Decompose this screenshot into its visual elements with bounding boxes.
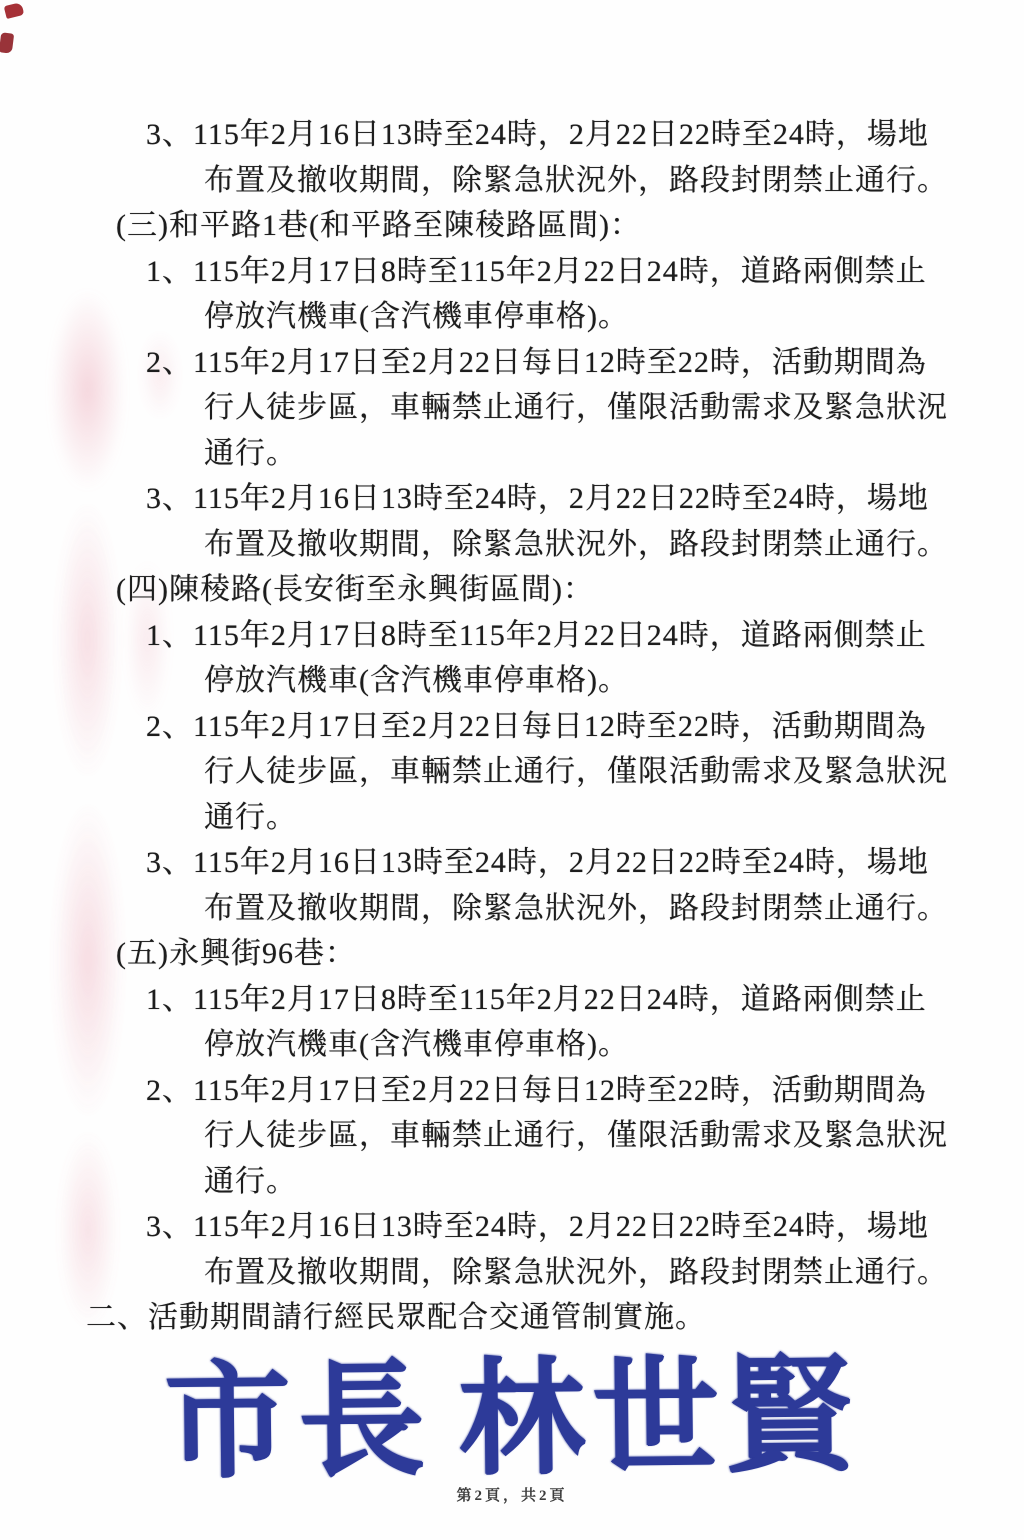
document-line: 布置及撤收期間，除緊急狀況外，路段封閉禁止通行。 (204, 886, 1024, 932)
document-line: 3、115年2月16日13時至24時，2月22日22時至24時，場地 (146, 1204, 1024, 1250)
document-body: 3、115年2月16日13時至24時，2月22日22時至24時，場地 布置及撤收… (0, 112, 1024, 1341)
red-stamp-mark-top (4, 2, 25, 19)
document-line: 行人徒步區，車輛禁止通行，僅限活動需求及緊急狀況 (204, 749, 1024, 795)
section-heading-5: (五)永興街96巷： (116, 931, 1024, 977)
document-line: 布置及撤收期間，除緊急狀況外，路段封閉禁止通行。 (204, 522, 1024, 568)
document-line: 1、115年2月17日8時至115年2月22日24時，道路兩側禁止 (146, 249, 1024, 295)
section-heading-3: (三)和平路1巷(和平路至陳稜路區間)： (116, 203, 1024, 249)
mayor-signature-stamp: 市長林世賢 (0, 1313, 1024, 1505)
signature-title: 市長 (163, 1352, 432, 1494)
document-line: 布置及撤收期間，除緊急狀況外，路段封閉禁止通行。 (204, 158, 1024, 204)
document-line: 停放汽機車(含汽機車停車格)。 (204, 658, 1024, 704)
document-line: 布置及撤收期間，除緊急狀況外，路段封閉禁止通行。 (204, 1250, 1024, 1296)
document-line: 3、115年2月16日13時至24時，2月22日22時至24時，場地 (146, 476, 1024, 522)
document-line: 行人徒步區，車輛禁止通行，僅限活動需求及緊急狀況 (204, 1113, 1024, 1159)
page-number-footer: 第2頁，共2頁 (0, 1484, 1024, 1505)
document-line: 3、115年2月16日13時至24時，2月22日22時至24時，場地 (146, 840, 1024, 886)
signature-name: 林世賢 (457, 1347, 860, 1490)
document-line: 2、115年2月17日至2月22日每日12時至22時，活動期間為 (146, 704, 1024, 750)
document-line: 2、115年2月17日至2月22日每日12時至22時，活動期間為 (146, 1068, 1024, 1114)
document-line: 1、115年2月17日8時至115年2月22日24時，道路兩側禁止 (146, 613, 1024, 659)
document-line: 通行。 (204, 795, 1024, 841)
document-line: 2、115年2月17日至2月22日每日12時至22時，活動期間為 (146, 340, 1024, 386)
document-line: 停放汽機車(含汽機車停車格)。 (204, 1022, 1024, 1068)
red-stamp-mark-bottom (0, 32, 14, 53)
document-line: 1、115年2月17日8時至115年2月22日24時，道路兩側禁止 (146, 977, 1024, 1023)
document-line: 停放汽機車(含汽機車停車格)。 (204, 294, 1024, 340)
document-line: 通行。 (204, 431, 1024, 477)
document-line: 通行。 (204, 1159, 1024, 1205)
document-line: 行人徒步區，車輛禁止通行，僅限活動需求及緊急狀況 (204, 385, 1024, 431)
document-line: 3、115年2月16日13時至24時，2月22日22時至24時，場地 (146, 112, 1024, 158)
section-heading-4: (四)陳稜路(長安街至永興街區間)： (116, 567, 1024, 613)
scanned-document-page: 3、115年2月16日13時至24時，2月22日22時至24時，場地 布置及撤收… (0, 0, 1024, 1540)
